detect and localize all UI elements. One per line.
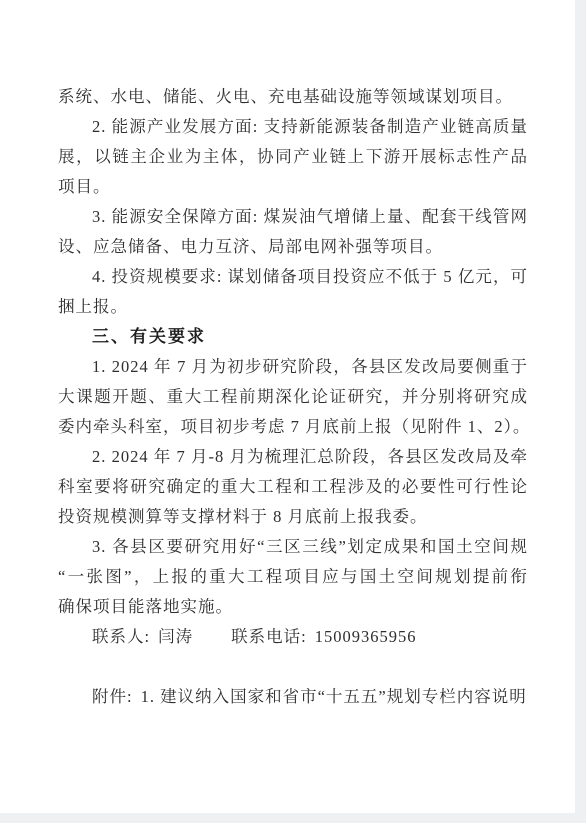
attachment-item: 1. 建议纳入国家和省市“十五五”规划专栏内容说明 [141,687,527,706]
doc-line: 1. 2024 年 7 月为初步研究阶段，各县区发改局要侧重于重 [58,352,528,382]
doc-line: 投资规模测算等支撑材料于 8 月底前上报我委。 [58,502,528,532]
scan-canvas-edge-bottom [0,813,586,823]
doc-line: 系统、水电、储能、火电、充电基础设施等领域谋划项目。 [58,82,528,112]
attachment-line: 附件:1. 建议纳入国家和省市“十五五”规划专栏内容说明 [58,682,528,712]
doc-line: 2. 2024 年 7 月-8 月为梳理汇总阶段，各县区发改局及牵头 [58,442,528,472]
contact-person-name: 闫涛 [158,627,193,646]
scan-canvas-edge-right [575,0,586,823]
doc-line: 4. 投资规模要求: 谋划储备项目投资应不低于 5 亿元，可打 [58,262,528,292]
doc-line: 展，以链主企业为主体，协同产业链上下游开展标志性产品攻关 [58,142,528,172]
document-body: 系统、水电、储能、火电、充电基础设施等领域谋划项目。 2. 能源产业发展方面: … [58,82,528,712]
doc-line: 设、应急储备、电力互济、局部电网补强等项目。 [58,232,528,262]
doc-line: 确保项目能落地实施。 [58,592,528,622]
attachment-label: 附件: [92,687,133,706]
contact-phone-label: 联系电话: [231,627,307,646]
doc-line: 委内牵头科室，项目初步考虑 7 月底前上报（见附件 1、2）。 [58,412,528,442]
section-heading: 三、有关要求 [58,322,528,352]
doc-line: 科室要将研究确定的重大工程和工程涉及的必要性可行性论证、 [58,472,528,502]
doc-line: 大课题开题、重大工程前期深化论证研究，并分别将研究成果报 [58,382,528,412]
doc-line: 3. 各县区要研究用好“三区三线”划定成果和国土空间规划 [58,532,528,562]
doc-line: 捆上报。 [58,292,528,322]
doc-line: “一张图”，上报的重大工程项目应与国土空间规划提前衔接， [58,562,528,592]
contact-line: 联系人:闫涛联系电话:15009365956 [58,622,528,652]
blank-line [58,652,528,682]
document-page: 系统、水电、储能、火电、充电基础设施等领域谋划项目。 2. 能源产业发展方面: … [0,0,575,813]
contact-person-label: 联系人: [92,627,150,646]
doc-line: 3. 能源安全保障方面: 煤炭油气增储上量、配套干线管网建 [58,202,528,232]
contact-phone-number: 15009365956 [315,627,417,646]
doc-line: 2. 能源产业发展方面: 支持新能源装备制造产业链高质量发 [58,112,528,142]
doc-line: 项目。 [58,172,528,202]
